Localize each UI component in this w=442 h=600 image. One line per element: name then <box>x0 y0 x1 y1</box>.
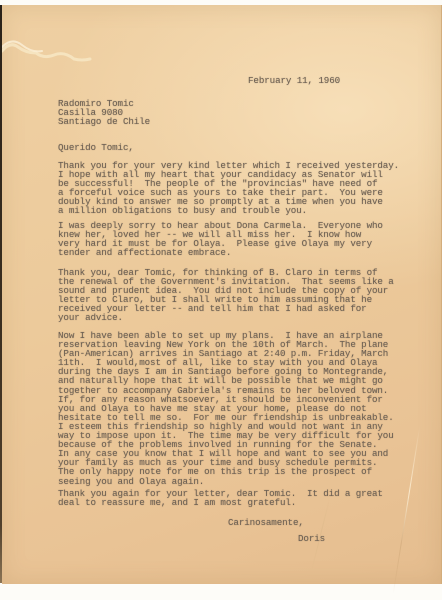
signature: Doris <box>298 534 325 543</box>
paragraph-1: Thank you for your very kind letter whic… <box>58 161 399 216</box>
letter-paper: February 11, 1960 Radomiro Tomic Casilla… <box>2 5 442 584</box>
paragraph-5: Thank you again for your letter, dear To… <box>58 489 383 507</box>
paragraph-2: I was deeply sorry to hear about Dona Ca… <box>58 221 383 257</box>
paragraph-3: Thank you, dear Tomic, for thinking of B… <box>58 268 394 323</box>
scanned-letter: February 11, 1960 Radomiro Tomic Casilla… <box>0 0 442 600</box>
closing: Carinosamente, <box>228 518 304 527</box>
salutation: Querido Tomic, <box>58 143 134 152</box>
paper-tear-mark <box>2 33 112 73</box>
letter-date: February 11, 1960 <box>248 76 340 85</box>
recipient-city: Santiago de Chile <box>58 117 150 126</box>
paper-crease <box>393 426 421 594</box>
paragraph-4: Now I have been able to set up my plans.… <box>58 331 394 486</box>
